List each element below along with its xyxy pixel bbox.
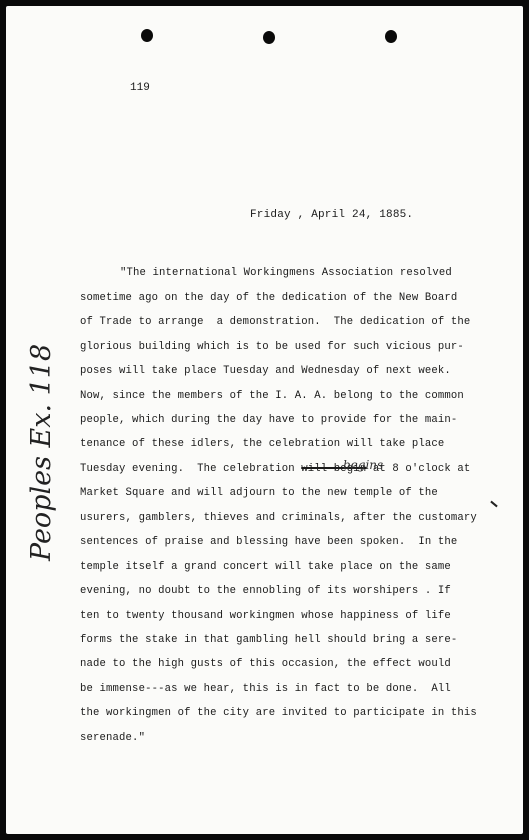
text-line: usurers, gamblers, thieves and criminals… bbox=[80, 512, 477, 524]
text-line: be immense---as we hear, this is in fact… bbox=[80, 683, 451, 695]
text-line: glorious building which is to be used fo… bbox=[80, 341, 464, 353]
text-segment: Tuesday evening. The celebration bbox=[80, 463, 301, 475]
text-line: serenade." bbox=[80, 732, 145, 744]
punch-hole-right bbox=[385, 30, 397, 43]
text-line: Now, since the members of the I. A. A. b… bbox=[80, 390, 464, 402]
punch-hole-center bbox=[263, 31, 275, 44]
punch-hole-left bbox=[141, 29, 153, 42]
text-line: ten to twenty thousand workingmen whose … bbox=[80, 610, 451, 622]
text-line: of Trade to arrange a demonstration. The… bbox=[80, 316, 470, 328]
document-page: 119 Friday , April 24, 1885. Peoples Ex.… bbox=[6, 6, 523, 834]
text-line: nade to the high gusts of this occasion,… bbox=[80, 658, 451, 670]
page-number: 119 bbox=[130, 82, 150, 94]
text-line: sometime ago on the day of the dedicatio… bbox=[80, 292, 457, 304]
text-line: forms the stake in that gambling hell sh… bbox=[80, 634, 457, 646]
text-line: tenance of these idlers, the celebration… bbox=[80, 438, 444, 450]
text-line: Tuesday evening. The celebration will be… bbox=[80, 463, 470, 475]
text-line: evening, no doubt to the ennobling of it… bbox=[80, 585, 451, 597]
text-line: poses will take place Tuesday and Wednes… bbox=[80, 365, 451, 377]
stray-mark bbox=[490, 501, 497, 508]
text-line: the workingmen of the city are invited t… bbox=[80, 707, 477, 719]
text-line: people, which during the day have to pro… bbox=[80, 414, 457, 426]
text-line: Market Square and will adjourn to the ne… bbox=[80, 487, 438, 499]
text-line: temple itself a grand concert will take … bbox=[80, 561, 451, 573]
margin-annotation: Peoples Ex. 118 bbox=[26, 344, 57, 561]
text-line: sentences of praise and blessing have be… bbox=[80, 536, 457, 548]
handwritten-insert: begins bbox=[343, 458, 383, 472]
text-line: "The international Workingmens Associati… bbox=[120, 267, 452, 279]
dateline: Friday , April 24, 1885. bbox=[250, 209, 413, 221]
